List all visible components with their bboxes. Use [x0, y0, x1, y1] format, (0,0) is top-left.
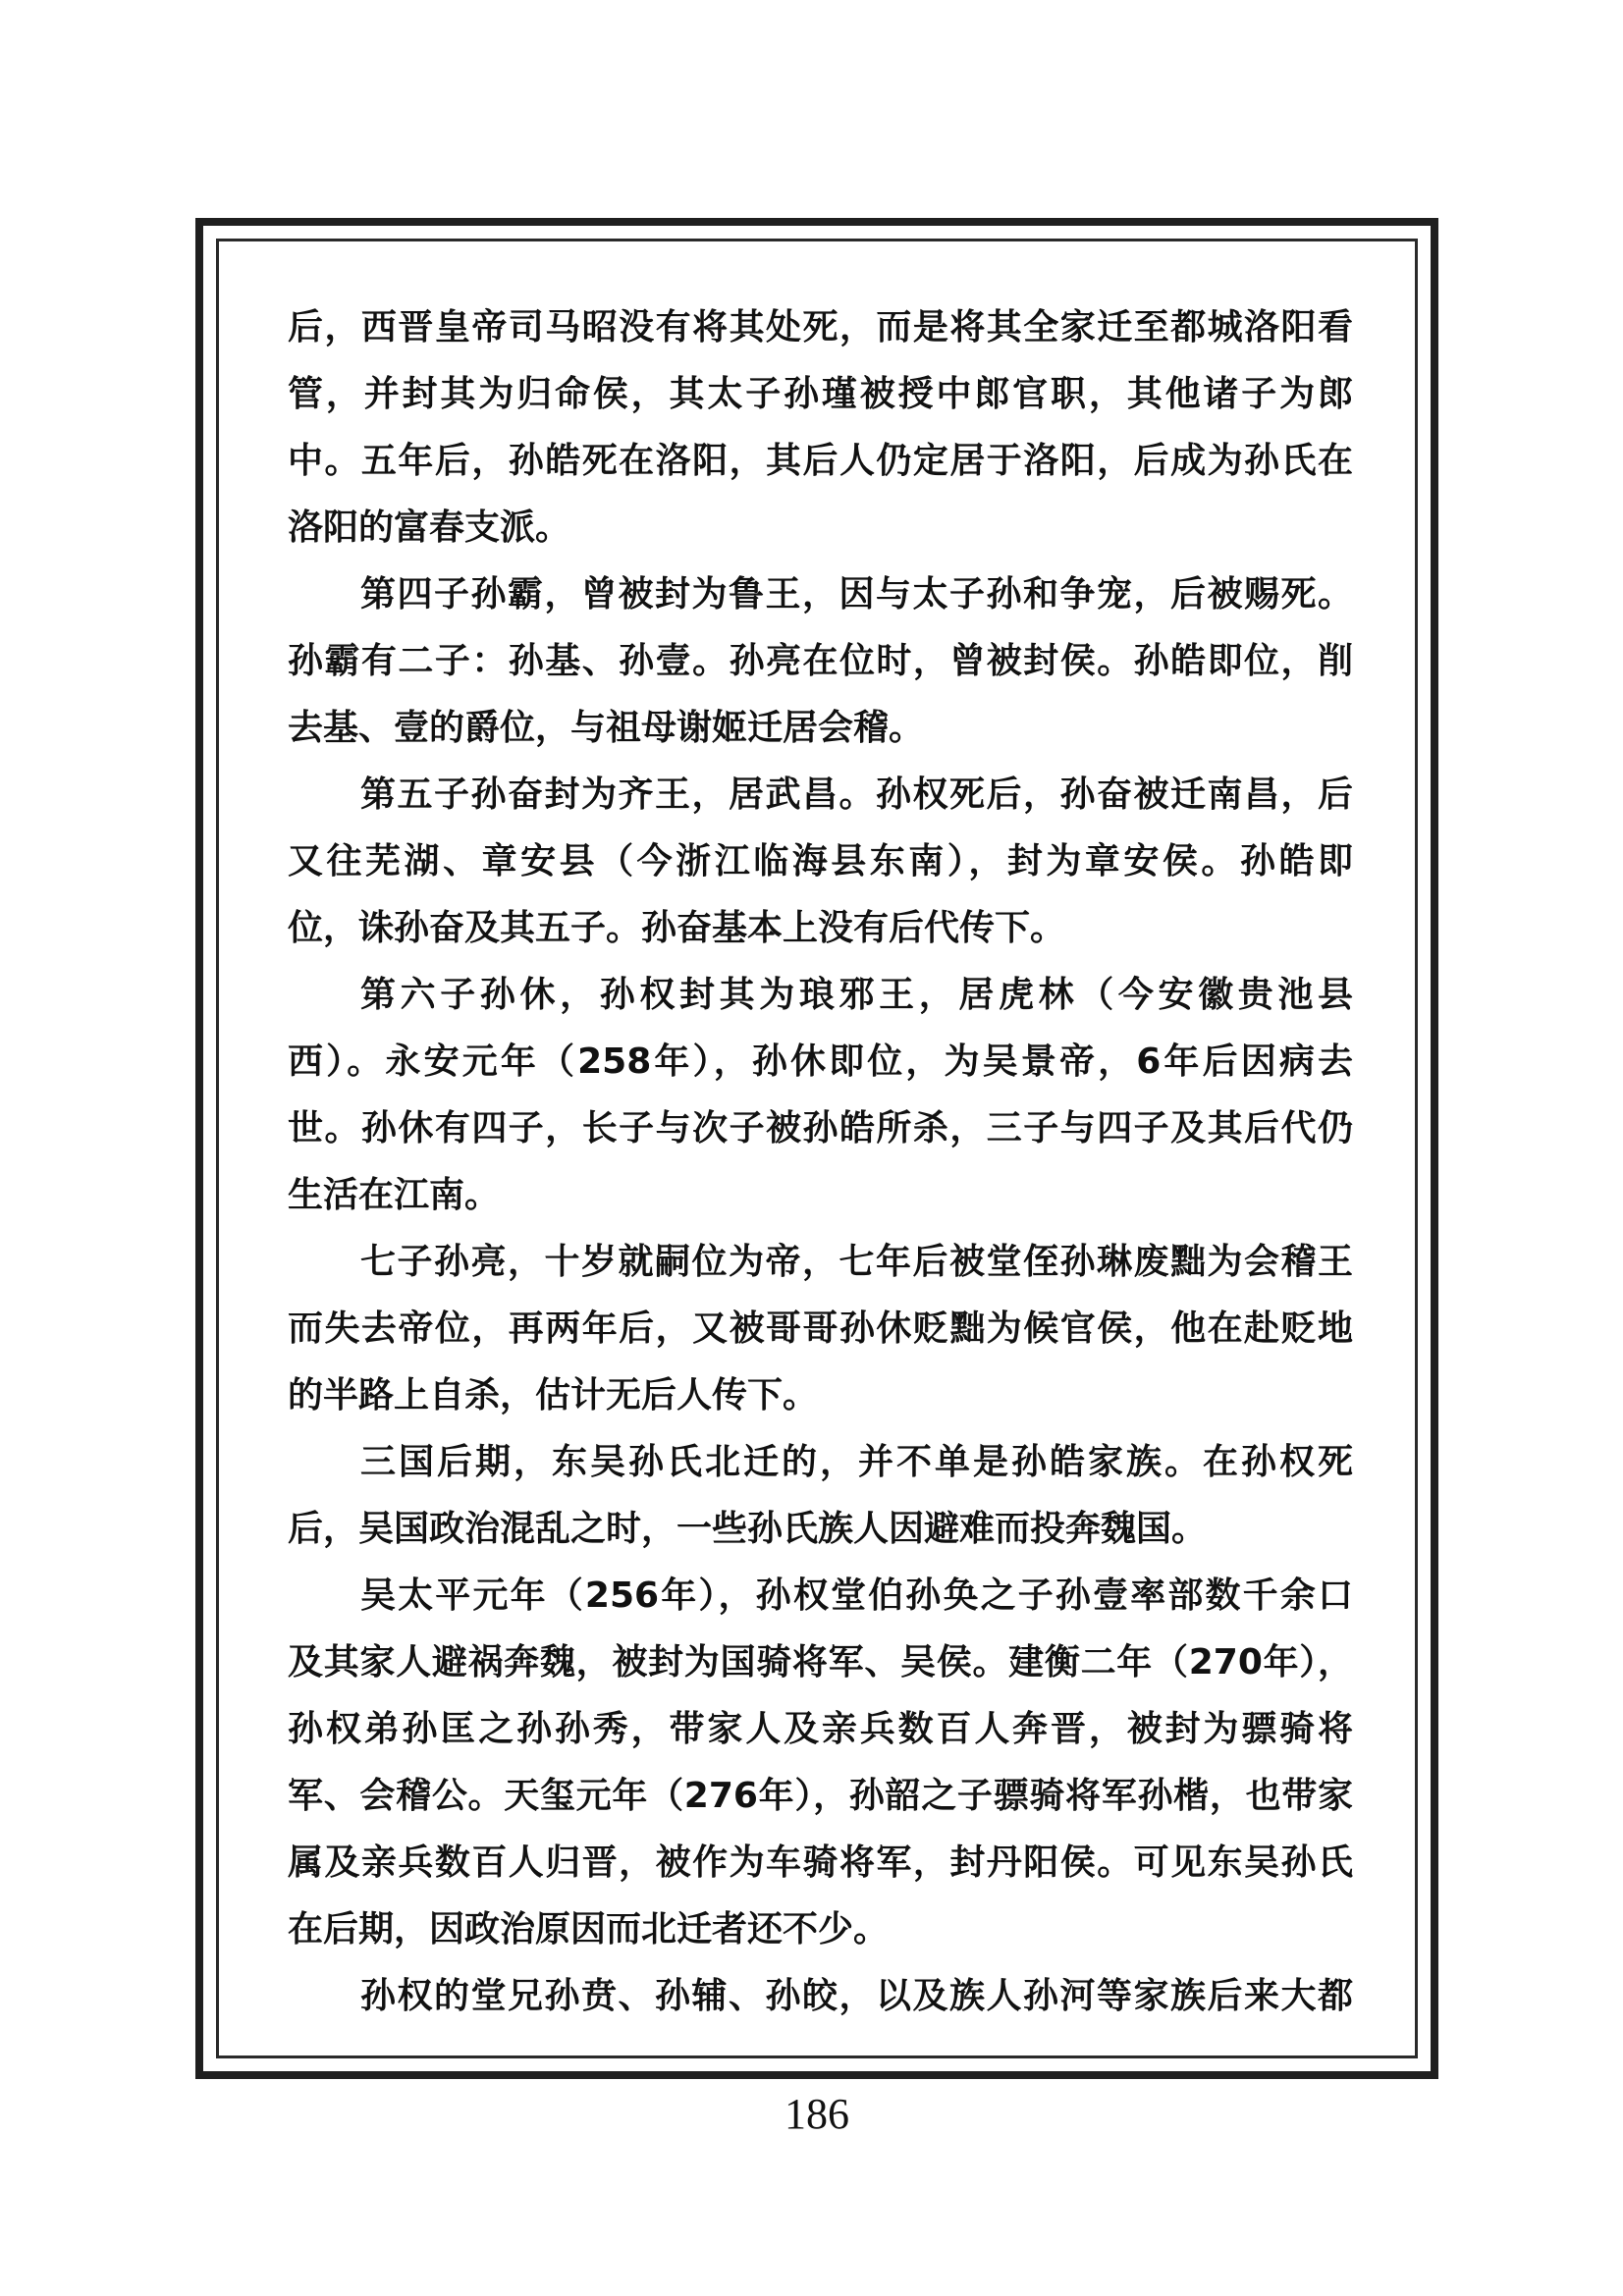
text-line: 孙霸有二子：孙基、孙壹。孙亮在位时，曾被封侯。孙皓即位，削 — [288, 628, 1353, 695]
text-line: 属及亲兵数百人归晋，被作为车骑将军，封丹阳侯。可见东吴孙氏 — [288, 1830, 1353, 1896]
text-line: 西）。永安元年（258年），孙休即位，为吴景帝，6年后因病去 — [288, 1029, 1353, 1095]
text-line: 世。孙休有四子，长子与次子被孙皓所杀，三子与四子及其后代仍 — [288, 1095, 1353, 1162]
text-line: 后，西晋皇帝司马昭没有将其处死，而是将其全家迁至都城洛阳看 — [288, 294, 1353, 361]
text-line: 在后期，因政治原因而北迁者还不少。 — [288, 1896, 1353, 1963]
text-line: 孙权弟孙匡之孙孙秀，带家人及亲兵数百人奔晋，被封为骠骑将 — [288, 1696, 1353, 1763]
text-line: 及其家人避祸奔魏，被封为国骑将军、吴侯。建衡二年（270年）， — [288, 1629, 1353, 1696]
text-line: 第五子孙奋封为齐王，居武昌。孙权死后，孙奋被迁南昌，后 — [288, 762, 1353, 828]
text-line: 洛阳的富春支派。 — [288, 495, 1353, 561]
text-line: 孙权的堂兄孙贲、孙辅、孙皎，以及族人孙河等家族后来大都 — [288, 1963, 1353, 2030]
text-line: 管，并封其为归命侯，其太子孙瑾被授中郎官职，其他诸子为郎 — [288, 361, 1353, 428]
text-line: 中。五年后，孙皓死在洛阳，其后人仍定居于洛阳，后成为孙氏在 — [288, 428, 1353, 495]
text-line: 第六子孙休，孙权封其为琅邪王，居虎林（今安徽贵池县 — [288, 962, 1353, 1029]
book-page: 后，西晋皇帝司马昭没有将其处死，而是将其全家迁至都城洛阳看 管，并封其为归命侯，… — [0, 0, 1623, 2296]
text-line: 后，吴国政治混乱之时，一些孙氏族人因避难而投奔魏国。 — [288, 1496, 1353, 1563]
text-line: 又往芜湖、章安县（今浙江临海县东南），封为章安侯。孙皓即 — [288, 828, 1353, 895]
text-line: 生活在江南。 — [288, 1162, 1353, 1229]
text-line: 的半路上自杀，估计无后人传下。 — [288, 1362, 1353, 1429]
page-number: 186 — [195, 2089, 1438, 2139]
body-text: 后，西晋皇帝司马昭没有将其处死，而是将其全家迁至都城洛阳看 管，并封其为归命侯，… — [288, 294, 1353, 2030]
text-line: 三国后期，东吴孙氏北迁的，并不单是孙皓家族。在孙权死 — [288, 1429, 1353, 1496]
text-line: 军、会稽公。天玺元年（276年），孙韶之子骠骑将军孙楷，也带家 — [288, 1763, 1353, 1830]
text-line: 位，诛孙奋及其五子。孙奋基本上没有后代传下。 — [288, 895, 1353, 962]
text-line: 而失去帝位，再两年后，又被哥哥孙休贬黜为候官侯，他在赴贬地 — [288, 1296, 1353, 1362]
text-line: 第四子孙霸，曾被封为鲁王，因与太子孙和争宠，后被赐死。 — [288, 561, 1353, 628]
text-line: 吴太平元年（256年），孙权堂伯孙奂之子孙壹率部数千余口 — [288, 1563, 1353, 1629]
text-line: 七子孙亮，十岁就嗣位为帝，七年后被堂侄孙琳废黜为会稽王 — [288, 1229, 1353, 1296]
text-line: 去基、壹的爵位，与祖母谢姬迁居会稽。 — [288, 695, 1353, 762]
